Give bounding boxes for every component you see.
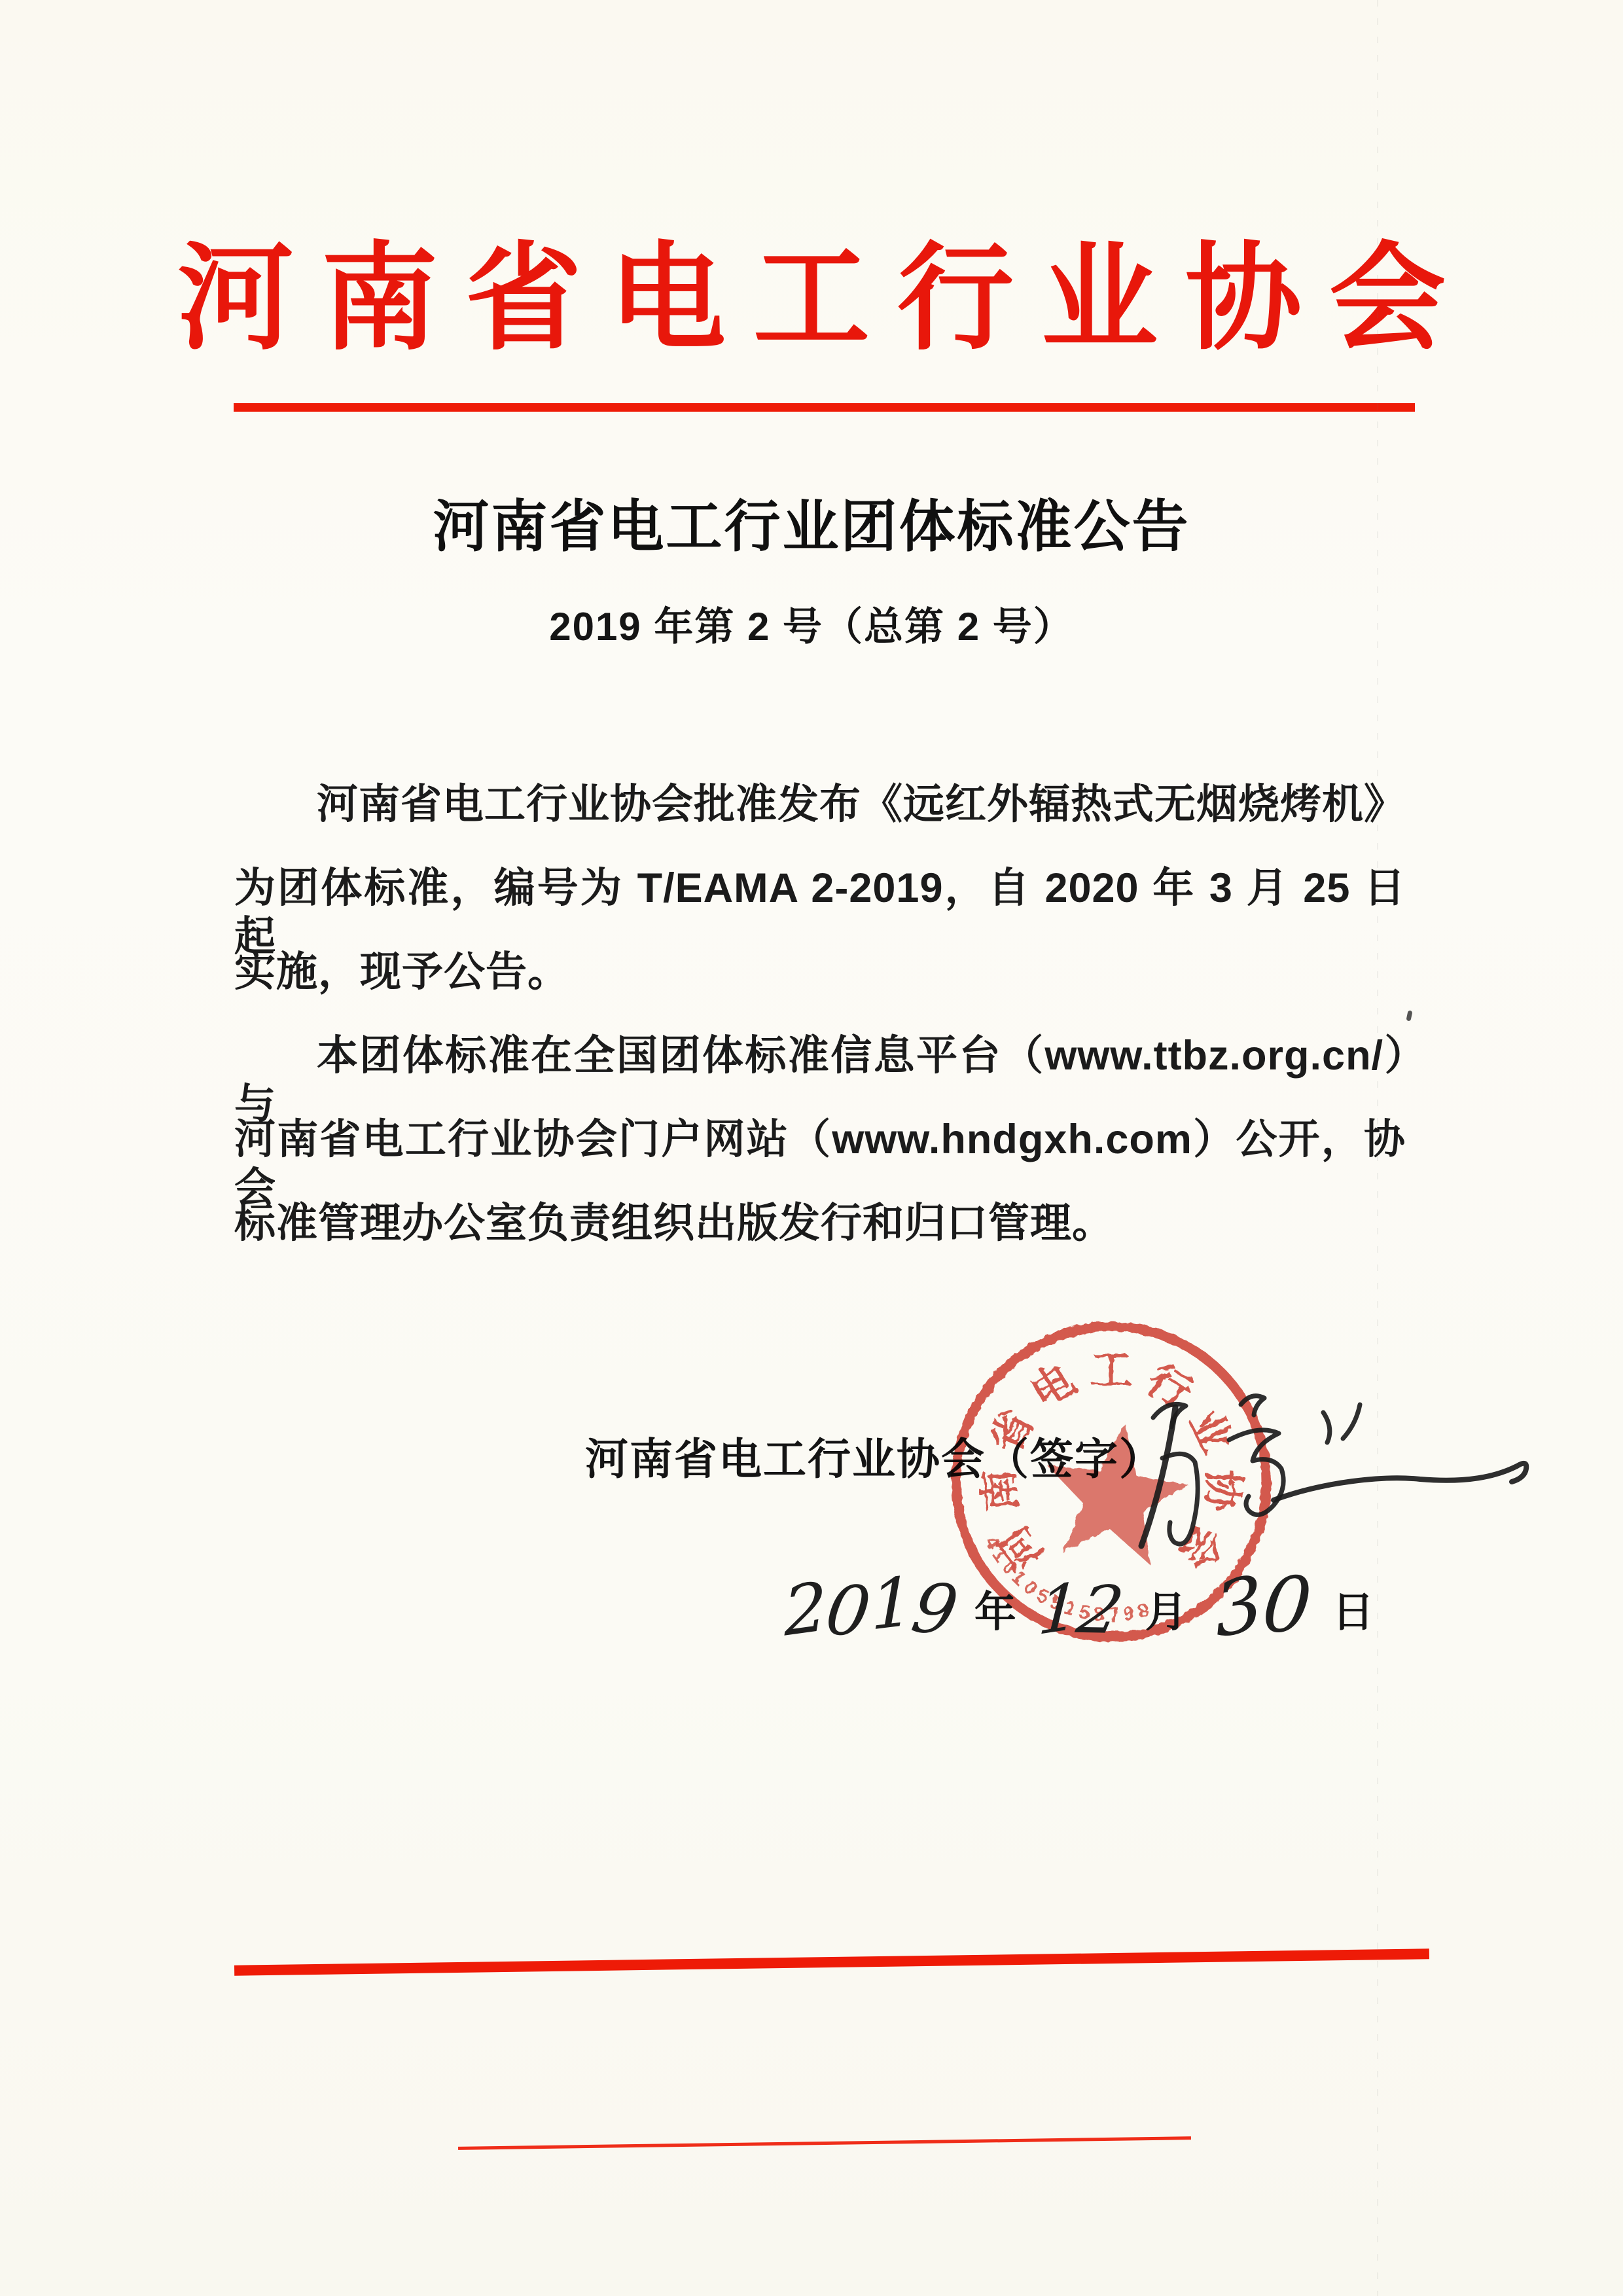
handwritten-signature-ink — [1113, 1347, 1584, 1596]
date-line: 2019 年 12 月 30 日 — [784, 1566, 1374, 1641]
day-label: 日 — [1332, 1592, 1374, 1634]
footer-rule-thick — [234, 1948, 1429, 1975]
masthead-divider-rule — [234, 403, 1415, 412]
org-masthead-title: 河南省电工行业协会 — [0, 241, 1623, 357]
notice-issue-number: 2019 年第 2 号（总第 2 号） — [0, 607, 1623, 647]
body-line: 本团体标准在全国团体标准信息平台（www.ttbz.org.cn/）与 — [234, 1031, 1406, 1129]
seal-ring-char: 电 — [1023, 1356, 1083, 1418]
scanned-notice-page: 河南省电工行业协会 河南省电工行业团体标准公告 2019 年第 2 号（总第 2… — [0, 0, 1623, 2296]
year-label: 年 — [974, 1592, 1016, 1634]
body-line: 河南省电工行业协会门户网站（www.hndgxh.com）公开，协会 — [234, 1115, 1406, 1213]
body-line: 为团体标准，编号为 T/EAMA 2-2019，自 2020 年 3 月 25 … — [234, 864, 1406, 961]
month-label: 月 — [1145, 1592, 1187, 1634]
scan-speck-artifact — [1406, 1010, 1412, 1021]
body-line: 河南省电工行业协会批准发布《远红外辐热式无烟烧烤机》 — [234, 780, 1406, 829]
handwritten-year: 2019 — [781, 1568, 960, 1642]
body-line: 标准管理办公室负责组织出版发行和归口管理。 — [234, 1199, 1406, 1247]
handwritten-month: 12 — [1033, 1572, 1127, 1642]
handwritten-day: 30 — [1213, 1561, 1312, 1647]
body-line: 实施，现予公告。 — [234, 948, 1406, 996]
seal-ring-char: 南 — [976, 1468, 1026, 1513]
footer-rule-thin — [458, 2136, 1191, 2150]
notice-title: 河南省电工行业团体标准公告 — [0, 499, 1623, 555]
seal-ring-char: 省 — [982, 1402, 1042, 1460]
